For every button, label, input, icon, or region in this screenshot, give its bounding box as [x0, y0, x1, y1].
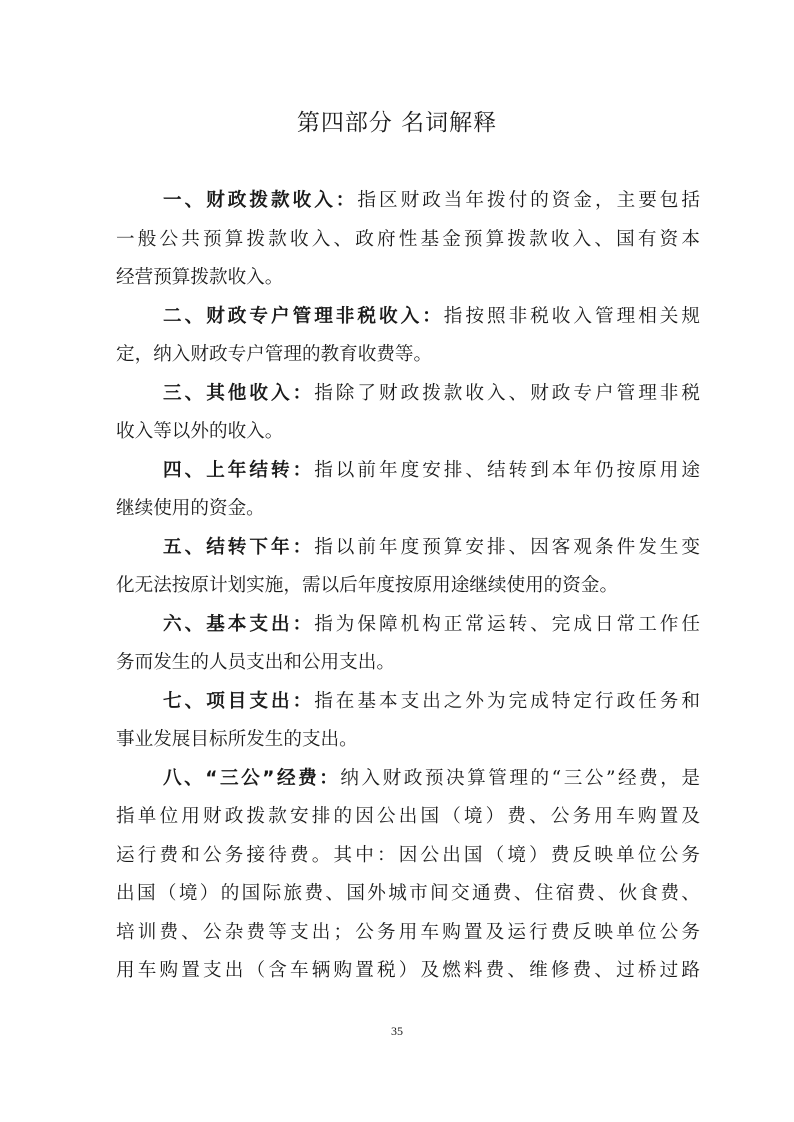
definition-text: 纳入财政预决算管理的“三公”经费，是 — [340, 768, 700, 789]
term-label: 八、“三公”经费： — [163, 768, 340, 789]
glossary-entry-4: 四、上年结转：指以前年度安排、结转到本年仍按原用途 继续使用的资金。 — [116, 452, 700, 529]
page-title: 第四部分 名词解释 — [0, 104, 794, 137]
glossary-entry-8: 八、“三公”经费：纳入财政预决算管理的“三公”经费，是 指单位用财政拨款安排的因… — [116, 760, 700, 991]
definition-line: 务而发生的人员支出和公用支出。 — [116, 644, 700, 683]
glossary-entry-7: 七、项目支出：指在基本支出之外为完成特定行政任务和 事业发展目标所发生的支出。 — [116, 683, 700, 760]
definition-text: 指为保障机构正常运转、完成日常工作任 — [314, 614, 700, 635]
definition-line: 运行费和公务接待费。其中：因公出国（境）费反映单位公务 — [116, 837, 700, 876]
definition-line: 定，纳入财政专户管理的教育收费等。 — [116, 336, 700, 375]
page-number: 35 — [0, 1024, 794, 1039]
definition-line: 继续使用的资金。 — [116, 490, 700, 529]
definition-line: 指单位用财政拨款安排的因公出国（境）费、公务用车购置及 — [116, 798, 700, 837]
term-label: 三、其他收入： — [163, 383, 314, 404]
glossary-entry-1: 一、财政拨款收入：指区财政当年拨付的资金，主要包括 一般公共预算拨款收入、政府性… — [116, 182, 700, 298]
definition-line: 事业发展目标所发生的支出。 — [116, 721, 700, 760]
glossary-entry-2: 二、财政专户管理非税收入：指按照非税收入管理相关规 定，纳入财政专户管理的教育收… — [116, 298, 700, 375]
term-label: 七、项目支出： — [163, 691, 314, 712]
definition-line: 出国（境）的国际旅费、国外城市间交通费、住宿费、伙食费、 — [116, 875, 700, 914]
definition-line: 用车购置支出（含车辆购置税）及燃料费、维修费、过桥过路 — [116, 952, 700, 991]
glossary-entry-3: 三、其他收入：指除了财政拨款收入、财政专户管理非税 收入等以外的收入。 — [116, 375, 700, 452]
definition-line: 培训费、公杂费等支出；公务用车购置及运行费反映单位公务 — [116, 914, 700, 953]
glossary-entry-6: 六、基本支出：指为保障机构正常运转、完成日常工作任 务而发生的人员支出和公用支出… — [116, 606, 700, 683]
definition-text: 指以前年度安排、结转到本年仍按原用途 — [314, 460, 700, 481]
definition-text: 指以前年度预算安排、因客观条件发生变 — [314, 537, 700, 558]
definition-text: 指除了财政拨款收入、财政专户管理非税 — [314, 383, 700, 404]
glossary-body: 一、财政拨款收入：指区财政当年拨付的资金，主要包括 一般公共预算拨款收入、政府性… — [116, 182, 700, 991]
definition-line: 一般公共预算拨款收入、政府性基金预算拨款收入、国有资本 — [116, 221, 700, 260]
term-label: 六、基本支出： — [163, 614, 314, 635]
definition-text: 指在基本支出之外为完成特定行政任务和 — [314, 691, 700, 712]
glossary-entry-5: 五、结转下年：指以前年度预算安排、因客观条件发生变 化无法按原计划实施，需以后年… — [116, 529, 700, 606]
definition-line: 化无法按原计划实施，需以后年度按原用途继续使用的资金。 — [116, 567, 700, 606]
term-label: 一、财政拨款收入： — [163, 190, 357, 211]
term-label: 二、财政专户管理非税收入： — [163, 306, 444, 327]
definition-text: 指区财政当年拨付的资金，主要包括 — [357, 190, 700, 211]
term-label: 四、上年结转： — [163, 460, 314, 481]
term-label: 五、结转下年： — [163, 537, 314, 558]
definition-line: 收入等以外的收入。 — [116, 413, 700, 452]
definition-line: 经营预算拨款收入。 — [116, 259, 700, 298]
definition-text: 指按照非税收入管理相关规 — [444, 306, 700, 327]
